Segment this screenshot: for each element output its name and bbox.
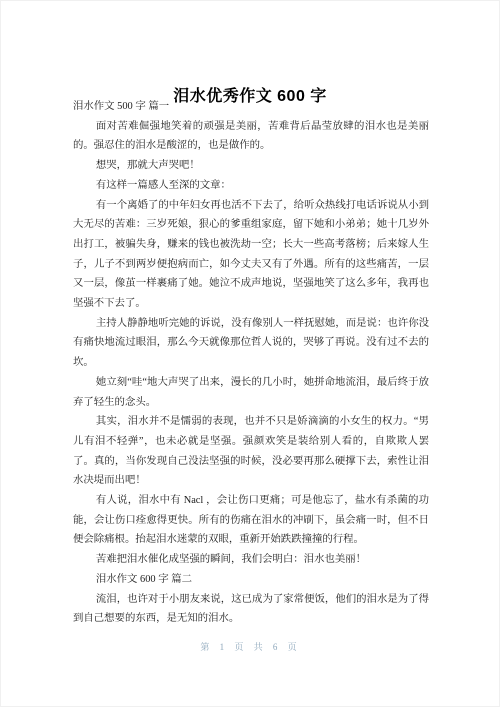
section-heading: 泪水作文 500 字 篇一 [73, 97, 429, 117]
section-heading: 泪水作文 600 字 篇二 [73, 570, 429, 590]
page-footer: 第 1 页 共 6 页 [1, 640, 499, 653]
paragraph: 苦难把泪水催化成坚强的瞬间，我们会明白：泪水也美丽！ [73, 550, 429, 570]
paragraph: 想哭，那就大声哭吧！ [73, 156, 429, 176]
document-page: 泪水优秀作文 600 字 泪水作文 500 字 篇一面对苦难倔强地笑着的顽强是美… [0, 0, 500, 707]
document-body: 泪水作文 500 字 篇一面对苦难倔强地笑着的顽强是美丽，苦难背后晶莹放肆的泪水… [73, 97, 429, 629]
paragraph: 主持人静静地听完她的诉说，没有像别人一样抚慰她，而是说：也许你没有痛快地流过眼泪… [73, 314, 429, 373]
paragraph: 有一个离婚了的中年妇女再也活不下去了，给听众热线打电话诉说从小到大无尽的苦难：三… [73, 196, 429, 314]
paragraph: 其实，泪水并不是懦弱的表现，也并不只是娇滴滴的小女生的权力。“男儿有泪不轻弹”，… [73, 412, 429, 491]
paragraph: 有这样一篇感人至深的文章： [73, 176, 429, 196]
paragraph: 流泪，也许对于小朋友来说，这已成为了家常便饭，他们的泪水是为了得到自己想要的东西… [73, 590, 429, 629]
page-number-text: 第 1 页 共 6 页 [200, 642, 299, 652]
paragraph: 她立刻“哇“地大声哭了出来，漫长的几小时，她拼命地流泪，最后终于放弃了轻生的念头… [73, 373, 429, 412]
paragraph: 面对苦难倔强地笑着的顽强是美丽，苦难背后晶莹放肆的泪水也是美丽的。强忍住的泪水是… [73, 117, 429, 156]
paragraph: 有人说，泪水中有 Nacl ，会让伤口更痛；可是他忘了，盐水有杀菌的功能，会让伤… [73, 491, 429, 550]
